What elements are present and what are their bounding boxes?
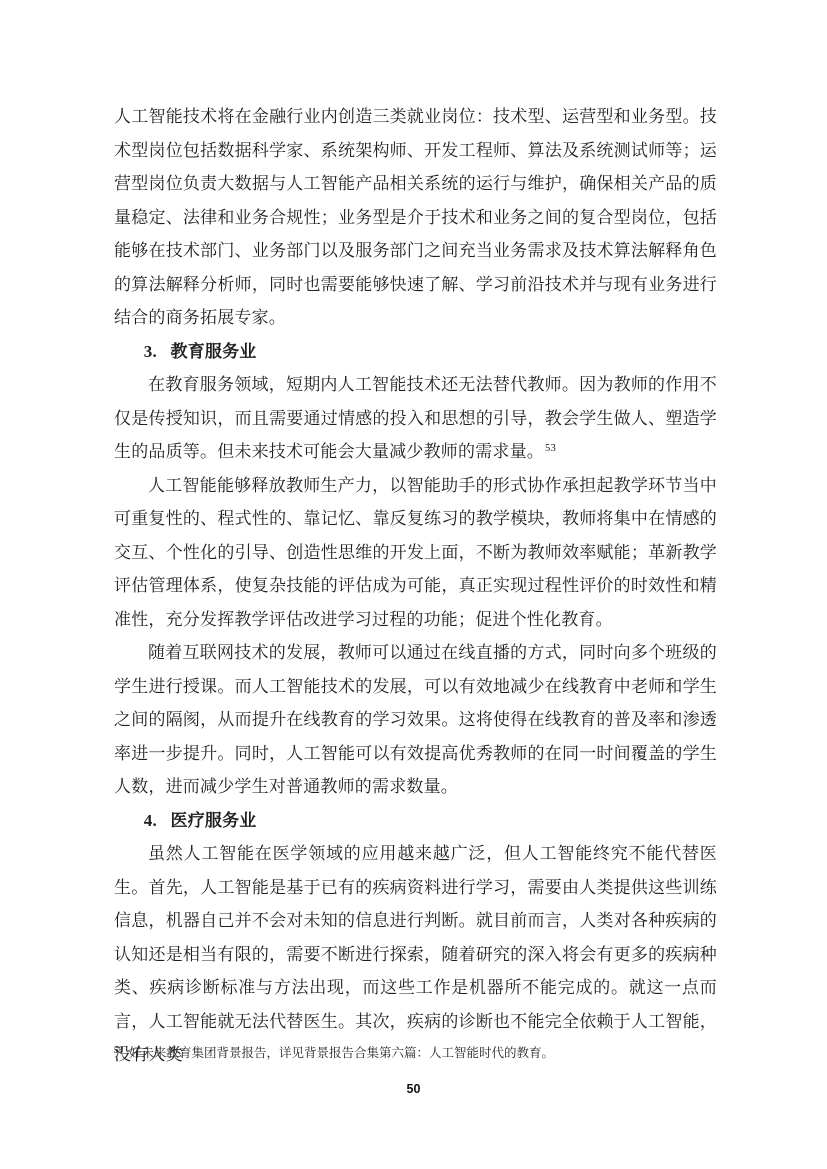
paragraph-teacher-productivity: 人工智能能够释放教师生产力，以智能助手的形式协作承担起教学环节当中可重复性的、程… xyxy=(114,469,717,637)
heading-title: 医疗服务业 xyxy=(171,811,257,830)
document-page: { "document": { "body": [ { "type": "par… xyxy=(0,0,827,1169)
footnote: 53好未来教育集团背景报告，详见背景报告合集第六篇：人工智能时代的教育。 xyxy=(114,1045,717,1062)
heading-number: 3. xyxy=(144,342,157,361)
footnote-marker: 53 xyxy=(114,1045,123,1055)
document-body: 人工智能技术将在金融行业内创造三类就业岗位：技术型、运营型和业务型。技术型岗位包… xyxy=(114,100,717,1072)
paragraph-finance-jobs: 人工智能技术将在金融行业内创造三类就业岗位：技术型、运营型和业务型。技术型岗位包… xyxy=(114,100,717,335)
footnote-text: 好未来教育集团背景报告，详见背景报告合集第六篇：人工智能时代的教育。 xyxy=(129,1046,554,1060)
paragraph-text: 在教育服务领域，短期内人工智能技术还无法替代教师。因为教师的作用不仅是传授知识，… xyxy=(114,375,717,461)
page-number: 50 xyxy=(0,1082,827,1096)
paragraph-medical-ai-limits: 虽然人工智能在医学领域的应用越来越广泛，但人工智能终究不能代替医生。首先，人工智… xyxy=(114,837,717,1072)
page: 人工智能技术将在金融行业内创造三类就业岗位：技术型、运营型和业务型。技术型岗位包… xyxy=(0,0,827,1169)
paragraph-teacher-role: 在教育服务领域，短期内人工智能技术还无法替代教师。因为教师的作用不仅是传授知识，… xyxy=(114,368,717,469)
heading-title: 教育服务业 xyxy=(171,342,257,361)
heading-medical-services: 4.医疗服务业 xyxy=(114,804,717,838)
heading-education-services: 3.教育服务业 xyxy=(114,335,717,369)
heading-number: 4. xyxy=(144,811,157,830)
footnote-ref-53: 53 xyxy=(545,443,556,454)
paragraph-online-education: 随着互联网技术的发展，教师可以通过在线直播的方式，同时向多个班级的学生进行授课。… xyxy=(114,636,717,804)
